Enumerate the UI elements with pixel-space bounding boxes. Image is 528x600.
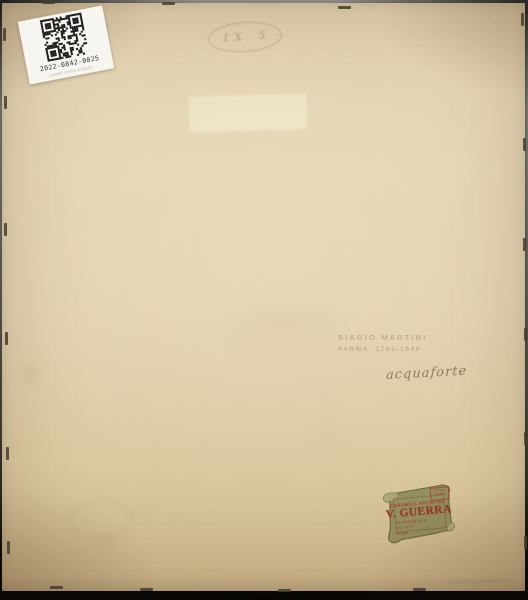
technique-inscription: acquaforte bbox=[386, 364, 468, 383]
nail-mark bbox=[338, 6, 351, 9]
nail-mark bbox=[7, 541, 10, 554]
faint-pencil-scribble bbox=[448, 579, 506, 584]
nail-mark bbox=[278, 589, 291, 592]
artist-dates: PARMA, 1761-1840 bbox=[338, 346, 427, 353]
stain-streak bbox=[302, 383, 350, 485]
nail-mark bbox=[524, 536, 527, 549]
nail-mark bbox=[6, 447, 9, 460]
nail-mark bbox=[523, 238, 526, 251]
nail-mark bbox=[524, 432, 527, 445]
qr-code-icon bbox=[40, 13, 89, 62]
oval-stamp-text: IX 5 bbox=[217, 30, 272, 45]
nail-mark bbox=[50, 586, 63, 589]
faded-rectangle-mark bbox=[188, 92, 309, 133]
nail-mark bbox=[524, 328, 527, 341]
framer-address-block: VIA MAZZINI N. 6 TEL. 33-47 PARMA bbox=[394, 518, 427, 537]
photo-artwork-back: IX 5 BIAGIO MARTINI PARMA, 1761-1840 acq… bbox=[0, 0, 528, 600]
nail-mark bbox=[140, 588, 153, 591]
nail-mark bbox=[523, 138, 526, 151]
nail-mark bbox=[413, 588, 426, 591]
framer-label: LISTA N. CORNICI CERAMICA ARTISTICA V. G… bbox=[380, 483, 459, 547]
nail-mark bbox=[521, 13, 524, 26]
nail-mark bbox=[162, 2, 175, 5]
nail-mark bbox=[4, 96, 7, 109]
label-corner-line2: CORNICI bbox=[431, 492, 448, 498]
stain-spot bbox=[94, 534, 114, 550]
nail-mark bbox=[3, 28, 6, 41]
stain-ring bbox=[68, 499, 134, 541]
framer-label-text: LISTA N. CORNICI CERAMICA ARTISTICA V. G… bbox=[380, 483, 459, 547]
stain-small bbox=[18, 359, 42, 389]
artist-name: BIAGIO MARTINI bbox=[338, 333, 427, 342]
nail-mark bbox=[42, 1, 55, 4]
pencil-inscription: BIAGIO MARTINI PARMA, 1761-1840 bbox=[338, 333, 427, 353]
pencil-oval-stamp: IX 5 bbox=[207, 19, 283, 54]
nail-mark bbox=[4, 223, 7, 236]
stain-smudge bbox=[220, 295, 352, 353]
nail-mark bbox=[5, 332, 8, 345]
backing-board: IX 5 BIAGIO MARTINI PARMA, 1761-1840 acq… bbox=[2, 3, 525, 591]
